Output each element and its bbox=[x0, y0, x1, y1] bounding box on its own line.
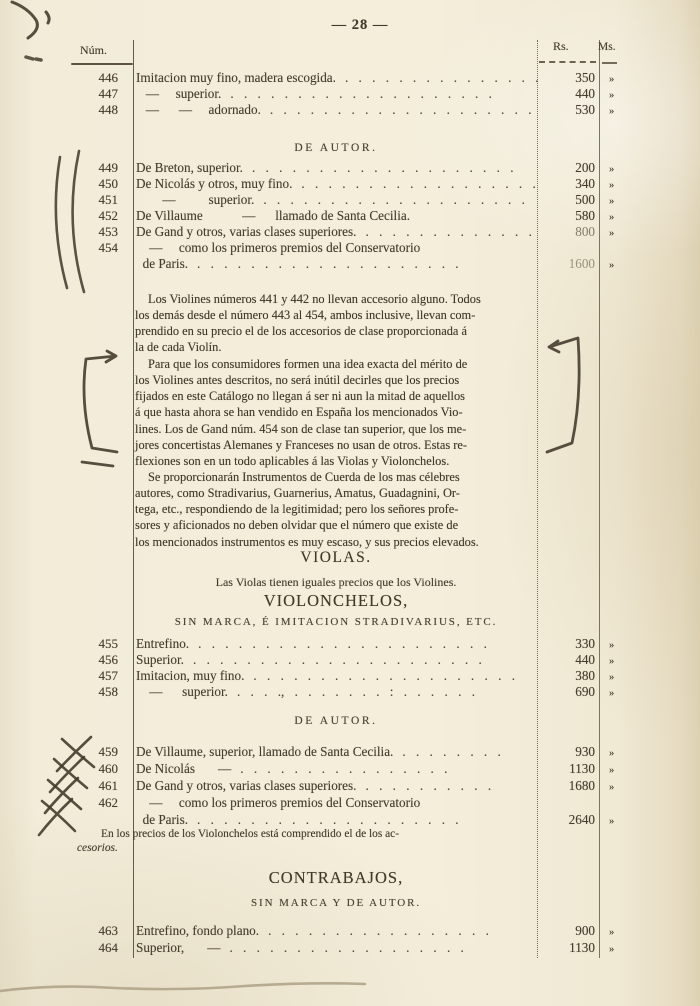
row-price-rs: 350 bbox=[540, 70, 598, 86]
dot-leader: . . . . . . . . . . bbox=[356, 778, 540, 794]
row-price-rs: 2640 bbox=[540, 812, 598, 828]
row-number: 450 bbox=[0, 176, 128, 192]
row-number: 446 bbox=[0, 70, 128, 86]
row-number: 448 bbox=[0, 102, 128, 118]
row-description: Superior, — bbox=[136, 940, 220, 956]
page-number: — 28 — bbox=[310, 17, 410, 34]
row-number: 458 bbox=[0, 684, 128, 700]
table-row: 457 Imitacion, muy fino.. . . . . . . . … bbox=[0, 668, 700, 684]
paragraph-famous-makers: Se proporcionarán Instrumentos de Cuerda… bbox=[135, 469, 539, 550]
paragraph-accessories: Los Violines números 441 y 442 no llevan… bbox=[135, 291, 539, 356]
row-price-rs: 1680 bbox=[540, 778, 598, 794]
row-price-ms: » bbox=[598, 180, 700, 191]
table-row: 447 — superior.. . . . . . . . . . . . .… bbox=[0, 86, 700, 102]
row-number: 457 bbox=[0, 668, 128, 684]
violins-imitation-rows: 446 Imitacion muy fino, madera escogida.… bbox=[0, 70, 700, 118]
row-price-ms: » bbox=[598, 688, 700, 699]
row-description: de Paris. bbox=[136, 812, 188, 828]
violins-autor-rows: 449 De Breton, superior.. . . . . . . . … bbox=[0, 160, 700, 272]
row-number: 449 bbox=[0, 160, 128, 176]
table-row: 446 Imitacion muy fino, madera escogida.… bbox=[0, 70, 700, 86]
paragraph-line: los mencionados instrumentos es muy esca… bbox=[135, 534, 539, 550]
table-row: 460 De Nicolás —. . . . . . . . . . . . … bbox=[0, 761, 700, 778]
row-number: 454 bbox=[0, 240, 128, 256]
dot-leader: . . . . . . . . . . . . . . . . . . . . bbox=[336, 70, 540, 86]
section-heading-de-autor: DE AUTOR. bbox=[133, 142, 539, 154]
table-row: 463 Entrefino, fondo plano.. . . . . . .… bbox=[0, 923, 700, 940]
paragraph-prices: Para que los consumidores formen una ide… bbox=[135, 356, 539, 469]
row-price-ms: » bbox=[598, 765, 700, 776]
dot-leader: . . . . . . . . . . . . . . . . . . . . bbox=[188, 812, 540, 828]
row-price-ms: » bbox=[598, 816, 700, 827]
violonchelos-subheading: SIN MARCA, É IMITACION STRADIVARIUS, ETC… bbox=[133, 616, 539, 628]
row-number: 453 bbox=[0, 224, 128, 240]
table-row-continuation: de Paris.. . . . . . . . . . . . . . . .… bbox=[0, 812, 700, 829]
row-price-rs: 380 bbox=[540, 668, 598, 684]
paragraph-line: flexiones son en un todo aplicables á la… bbox=[135, 453, 539, 469]
row-price-ms: » bbox=[598, 640, 700, 651]
row-number: 461 bbox=[0, 778, 128, 794]
section-heading-de-autor: DE AUTOR. bbox=[133, 715, 539, 727]
row-description: de Paris. bbox=[136, 256, 188, 272]
paragraph-line: prendido en su precio el de los accesori… bbox=[135, 323, 539, 339]
table-row: 451 — superior.. . . . . . . . . . . . .… bbox=[0, 192, 700, 208]
row-price-rs: 800 bbox=[540, 224, 598, 240]
section-heading-violonchelos: VIOLONCHELOS, bbox=[133, 591, 539, 611]
table-row: 449 De Breton, superior.. . . . . . . . … bbox=[0, 160, 700, 176]
bottom-pencil-line bbox=[0, 983, 365, 991]
row-description: Superior. bbox=[136, 652, 184, 668]
rs-header-rule bbox=[539, 61, 596, 63]
table-row: 450 De Nicolás y otros, muy fino.. . . .… bbox=[0, 176, 700, 192]
row-description: — como los primeros premios del Conserva… bbox=[136, 240, 420, 256]
dot-leader: . . . ., . . . . . . . : . . . . . . bbox=[228, 684, 540, 700]
row-price-ms: » bbox=[598, 196, 700, 207]
cellos-imitation-rows: 455 Entrefino.. . . . . . . . . . . . . … bbox=[0, 636, 700, 700]
row-number: 464 bbox=[0, 940, 128, 956]
row-description: — — adornado. bbox=[136, 102, 261, 118]
row-price-rs: 1130 bbox=[540, 940, 598, 956]
violas-note: Las Violas tienen iguales precios que lo… bbox=[133, 575, 539, 590]
column-header-rs: Rs. bbox=[553, 39, 569, 54]
row-price-rs: 580 bbox=[540, 208, 598, 224]
row-price-rs: 330 bbox=[540, 636, 598, 652]
cellos-note-line1: En los precios de los Violonchelos está … bbox=[101, 828, 399, 840]
paragraph-line: Se proporcionarán Instrumentos de Cuerda… bbox=[135, 469, 539, 485]
paragraph-line: Para que los consumidores formen una ide… bbox=[135, 356, 539, 372]
row-number: 463 bbox=[0, 923, 128, 939]
row-description: De Nicolás — bbox=[136, 761, 231, 777]
row-description: De Villaume — llamado de Santa Cecilia. bbox=[136, 208, 410, 224]
row-number: 447 bbox=[0, 86, 128, 102]
row-price-ms: » bbox=[598, 672, 700, 683]
row-description: Imitacion muy fino, madera escogida. bbox=[136, 70, 336, 86]
row-price-ms: » bbox=[598, 260, 700, 271]
row-number: 460 bbox=[0, 761, 128, 777]
row-price-rs: 200 bbox=[540, 160, 598, 176]
dot-leader: . . . . . . . . bbox=[393, 744, 540, 760]
num-header-rule bbox=[71, 63, 133, 65]
paragraph-line: á que hasta ahora se han vendido en Espa… bbox=[135, 404, 539, 420]
right-bracket-mark bbox=[547, 338, 579, 452]
dot-leader bbox=[410, 208, 540, 224]
dot-leader: . . . . . . . . . . . . . . . . . bbox=[259, 923, 540, 939]
row-price-rs: 900 bbox=[540, 923, 598, 939]
dot-leader: . . . . . . . . . . . . . . . . . . . . … bbox=[189, 636, 540, 652]
row-price-rs: 530 bbox=[540, 102, 598, 118]
paragraph-line: jores concertistas Alemanes y Franceses … bbox=[135, 437, 539, 453]
row-description: Entrefino. bbox=[136, 636, 189, 652]
row-price-ms: » bbox=[598, 164, 700, 175]
paragraph-line: los Violines antes descritos, no será in… bbox=[135, 372, 539, 388]
dot-leader: . . . . . . . . . . . . . . . . . . . . … bbox=[184, 652, 540, 668]
dot-leader: . . . . . . . . . . . . . . . . . . . . bbox=[254, 192, 540, 208]
catalog-page: — 28 — Núm. Rs. Ms. 446 Imitacion muy fi… bbox=[0, 0, 700, 1006]
ms-header-rule bbox=[602, 62, 617, 64]
row-price-ms: » bbox=[598, 106, 700, 117]
row-price-rs: 1600 bbox=[540, 256, 598, 272]
row-description: De Nicolás y otros, muy fino. bbox=[136, 176, 292, 192]
row-price-rs: 440 bbox=[540, 652, 598, 668]
row-price-ms: » bbox=[598, 212, 700, 223]
row-price-ms: » bbox=[598, 748, 700, 759]
row-price-ms: » bbox=[598, 927, 700, 938]
row-number: 455 bbox=[0, 636, 128, 652]
row-price-rs: 690 bbox=[540, 684, 598, 700]
row-description: De Breton, superior. bbox=[136, 160, 243, 176]
table-row: 458 — superior.. . . ., . . . . . . . : … bbox=[0, 684, 700, 700]
row-price-ms: » bbox=[598, 228, 700, 239]
row-description: — superior. bbox=[136, 86, 221, 102]
row-price-rs: 440 bbox=[540, 86, 598, 102]
table-row: 448 — — adornado.. . . . . . . . . . . .… bbox=[0, 102, 700, 118]
row-price-rs: 1130 bbox=[540, 761, 598, 777]
basses-rows: 463 Entrefino, fondo plano.. . . . . . .… bbox=[0, 923, 700, 957]
table-row: 452 De Villaume — llamado de Santa Cecil… bbox=[0, 208, 700, 224]
dot-leader: . . . . . . . . . . . . . . . . . . . . bbox=[243, 160, 540, 176]
dot-leader: . . . . . . . . . . . . . . . . . . . . bbox=[188, 256, 540, 272]
row-description: — superior. bbox=[136, 684, 228, 700]
paragraph-line: autores, como Stradivarius, Guarnerius, … bbox=[135, 485, 539, 501]
paragraph-line: Los Violines números 441 y 442 no llevan… bbox=[135, 291, 539, 307]
ink-flourish-mark bbox=[12, 2, 49, 38]
row-price-ms: » bbox=[598, 944, 700, 955]
table-row: 459 De Villaume, superior, llamado de Sa… bbox=[0, 744, 700, 761]
dot-leader: . . . . . . . . . . . . . . . . . . . . bbox=[244, 668, 540, 684]
row-description: Imitacion, muy fino. bbox=[136, 668, 244, 684]
dot-leader: . . . . . . . . . . . . . . . . . . . . bbox=[261, 102, 540, 118]
table-row-continuation: de Paris.. . . . . . . . . . . . . . . .… bbox=[0, 256, 700, 272]
paragraph-line: sores y aficionados no deben olvidar que… bbox=[135, 517, 539, 533]
column-header-ms: Ms. bbox=[598, 41, 616, 53]
column-header-num: Núm. bbox=[80, 43, 107, 58]
row-description: — como los primeros premios del Conserva… bbox=[136, 795, 420, 811]
row-number: 452 bbox=[0, 208, 128, 224]
row-number: 459 bbox=[0, 744, 128, 760]
row-price-ms: » bbox=[598, 90, 700, 101]
row-description: — superior. bbox=[136, 192, 254, 208]
row-description: De Gand y otros, varias clases superiore… bbox=[136, 224, 356, 240]
cellos-note-line2: cesorios. bbox=[77, 842, 118, 854]
contrabajos-subheading: SIN MARCA Y DE AUTOR. bbox=[133, 897, 539, 909]
table-row: 456 Superior.. . . . . . . . . . . . . .… bbox=[0, 652, 700, 668]
dot-leader: . . . . . . . . . . . . . . . . . . . . bbox=[356, 224, 540, 240]
paragraph-line: lines. Los de Gand núm. 454 son de clase… bbox=[135, 421, 539, 437]
table-row: 454 — como los primeros premios del Cons… bbox=[0, 240, 700, 256]
row-price-rs: 340 bbox=[540, 176, 598, 192]
row-description: De Villaume, superior, llamado de Santa … bbox=[136, 744, 393, 760]
dot-leader: . . . . . . . . . . . . . . . . . . bbox=[220, 940, 540, 956]
row-price-ms: » bbox=[598, 74, 700, 85]
table-row: 453 De Gand y otros, varias clases super… bbox=[0, 224, 700, 240]
row-number: 462 bbox=[0, 795, 128, 811]
section-heading-violas: VIOLAS. bbox=[133, 549, 539, 567]
paragraph-line: los demás desde el número 443 al 454, am… bbox=[135, 307, 539, 323]
row-price-ms: » bbox=[598, 656, 700, 667]
row-price-rs: 930 bbox=[540, 744, 598, 760]
paragraph-line: fijados en este Catálogo no llegan á ser… bbox=[135, 388, 539, 404]
row-price-ms: » bbox=[598, 782, 700, 793]
row-description: De Gand y otros, varias clases superiore… bbox=[136, 778, 356, 794]
dot-leader: . . . . . . . . . . . . . . . . . . . . bbox=[292, 176, 540, 192]
dot-leader: . . . . . . . . . . . . . . . . . . . . bbox=[221, 86, 540, 102]
cellos-autor-rows: 459 De Villaume, superior, llamado de Sa… bbox=[0, 744, 700, 829]
table-row: 461 De Gand y otros, varias clases super… bbox=[0, 778, 700, 795]
ink-flourish-dots bbox=[26, 57, 41, 60]
dot-leader: . . . . . . . . . . . . . . . . bbox=[231, 761, 540, 777]
row-number: 451 bbox=[0, 192, 128, 208]
row-price-rs: 500 bbox=[540, 192, 598, 208]
table-row: 462 — como los primeros premios del Cons… bbox=[0, 795, 700, 812]
section-heading-contrabajos: CONTRABAJOS, bbox=[133, 868, 539, 888]
left-bracket-mark bbox=[82, 351, 117, 466]
paragraph-line: tega, etc., respondiendo de la legitimid… bbox=[135, 501, 539, 517]
table-row: 455 Entrefino.. . . . . . . . . . . . . … bbox=[0, 636, 700, 652]
table-row: 464 Superior, —. . . . . . . . . . . . .… bbox=[0, 940, 700, 957]
row-number: 456 bbox=[0, 652, 128, 668]
paragraph-line: la de cada Violín. bbox=[135, 339, 539, 355]
row-description: Entrefino, fondo plano. bbox=[136, 923, 259, 939]
